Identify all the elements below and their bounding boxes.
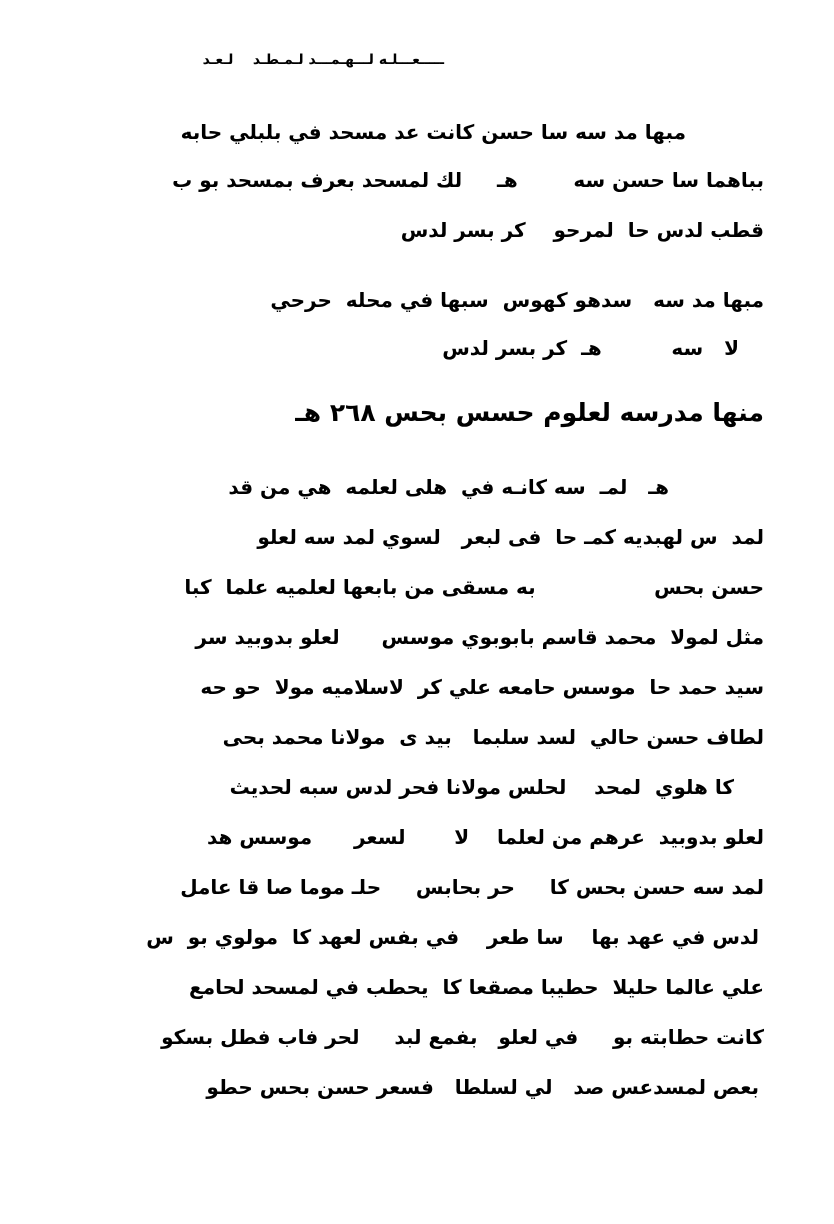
text-line: لدس في عهد بها سا طعر في بفس لعهد كا مول… — [146, 925, 759, 949]
text-line: كا هلوي لمحد لحلس مولانا فحر لدس سبه لحد… — [230, 775, 734, 799]
text-line: حسن بحس به مسقى من بابعها لعلميه علما كب… — [184, 575, 764, 599]
running-header: ـــــعـــلـه لـــهـمـــد لـمـطـد لـعـد — [203, 52, 444, 68]
text-line: مبها مد سه سدهو كهوس سبها في محله حرحي — [270, 288, 764, 312]
text-line: هـ لمـ سه كانـه في هلى لعلمه هي من قد — [228, 475, 669, 499]
text-line: سيد حمد حا موسس حامعه علي كر لاسلاميه مو… — [200, 675, 764, 699]
text-line: قطب لدس حا لمرحو كر بسر لدس — [401, 218, 764, 242]
text-line: بباهما سا حسن سه هـ لك لمسحد بعرف بمسحد … — [172, 168, 764, 192]
text-line: لطاف حسن حالي لسد سلبما بيد ى مولانا محم… — [223, 725, 764, 749]
text-line: لعلو بدوبيد عرهم من لعلما لا لسعر موسس ه… — [207, 825, 764, 849]
section-heading: منها مدرسه لعلوم حسس بحس ٢٦٨ هـ — [295, 398, 764, 427]
text-line: بعص لمسدعس صد لي لسلطا فسعر حسن بحس حطو — [206, 1075, 759, 1099]
text-line: مبها مد سه سا حسن كانت عد مسحد في بلبلي … — [181, 120, 686, 144]
text-line: علي عالما حليلا حطيبا مصقعا كا يحطب في ل… — [189, 975, 764, 999]
text-line: لمد سه حسن بحس كا حر بحابس حلـ موما صا ق… — [180, 875, 764, 899]
text-line: لمد س لهبديه كمـ حا فى لبعر لسوي لمد سه … — [257, 525, 764, 549]
document-page: ـــــعـــلـه لـــهـمـــد لـمـطـد لـعـد م… — [0, 0, 834, 1224]
text-line: لا سه هـ كر بسر لدس — [442, 336, 739, 360]
text-line: كانت حطابته بو في لعلو بفمع لبد لحر فاب … — [161, 1025, 764, 1049]
text-line: مثل لمولا محمد قاسم بابوبوي موسس لعلو بد… — [195, 625, 764, 649]
